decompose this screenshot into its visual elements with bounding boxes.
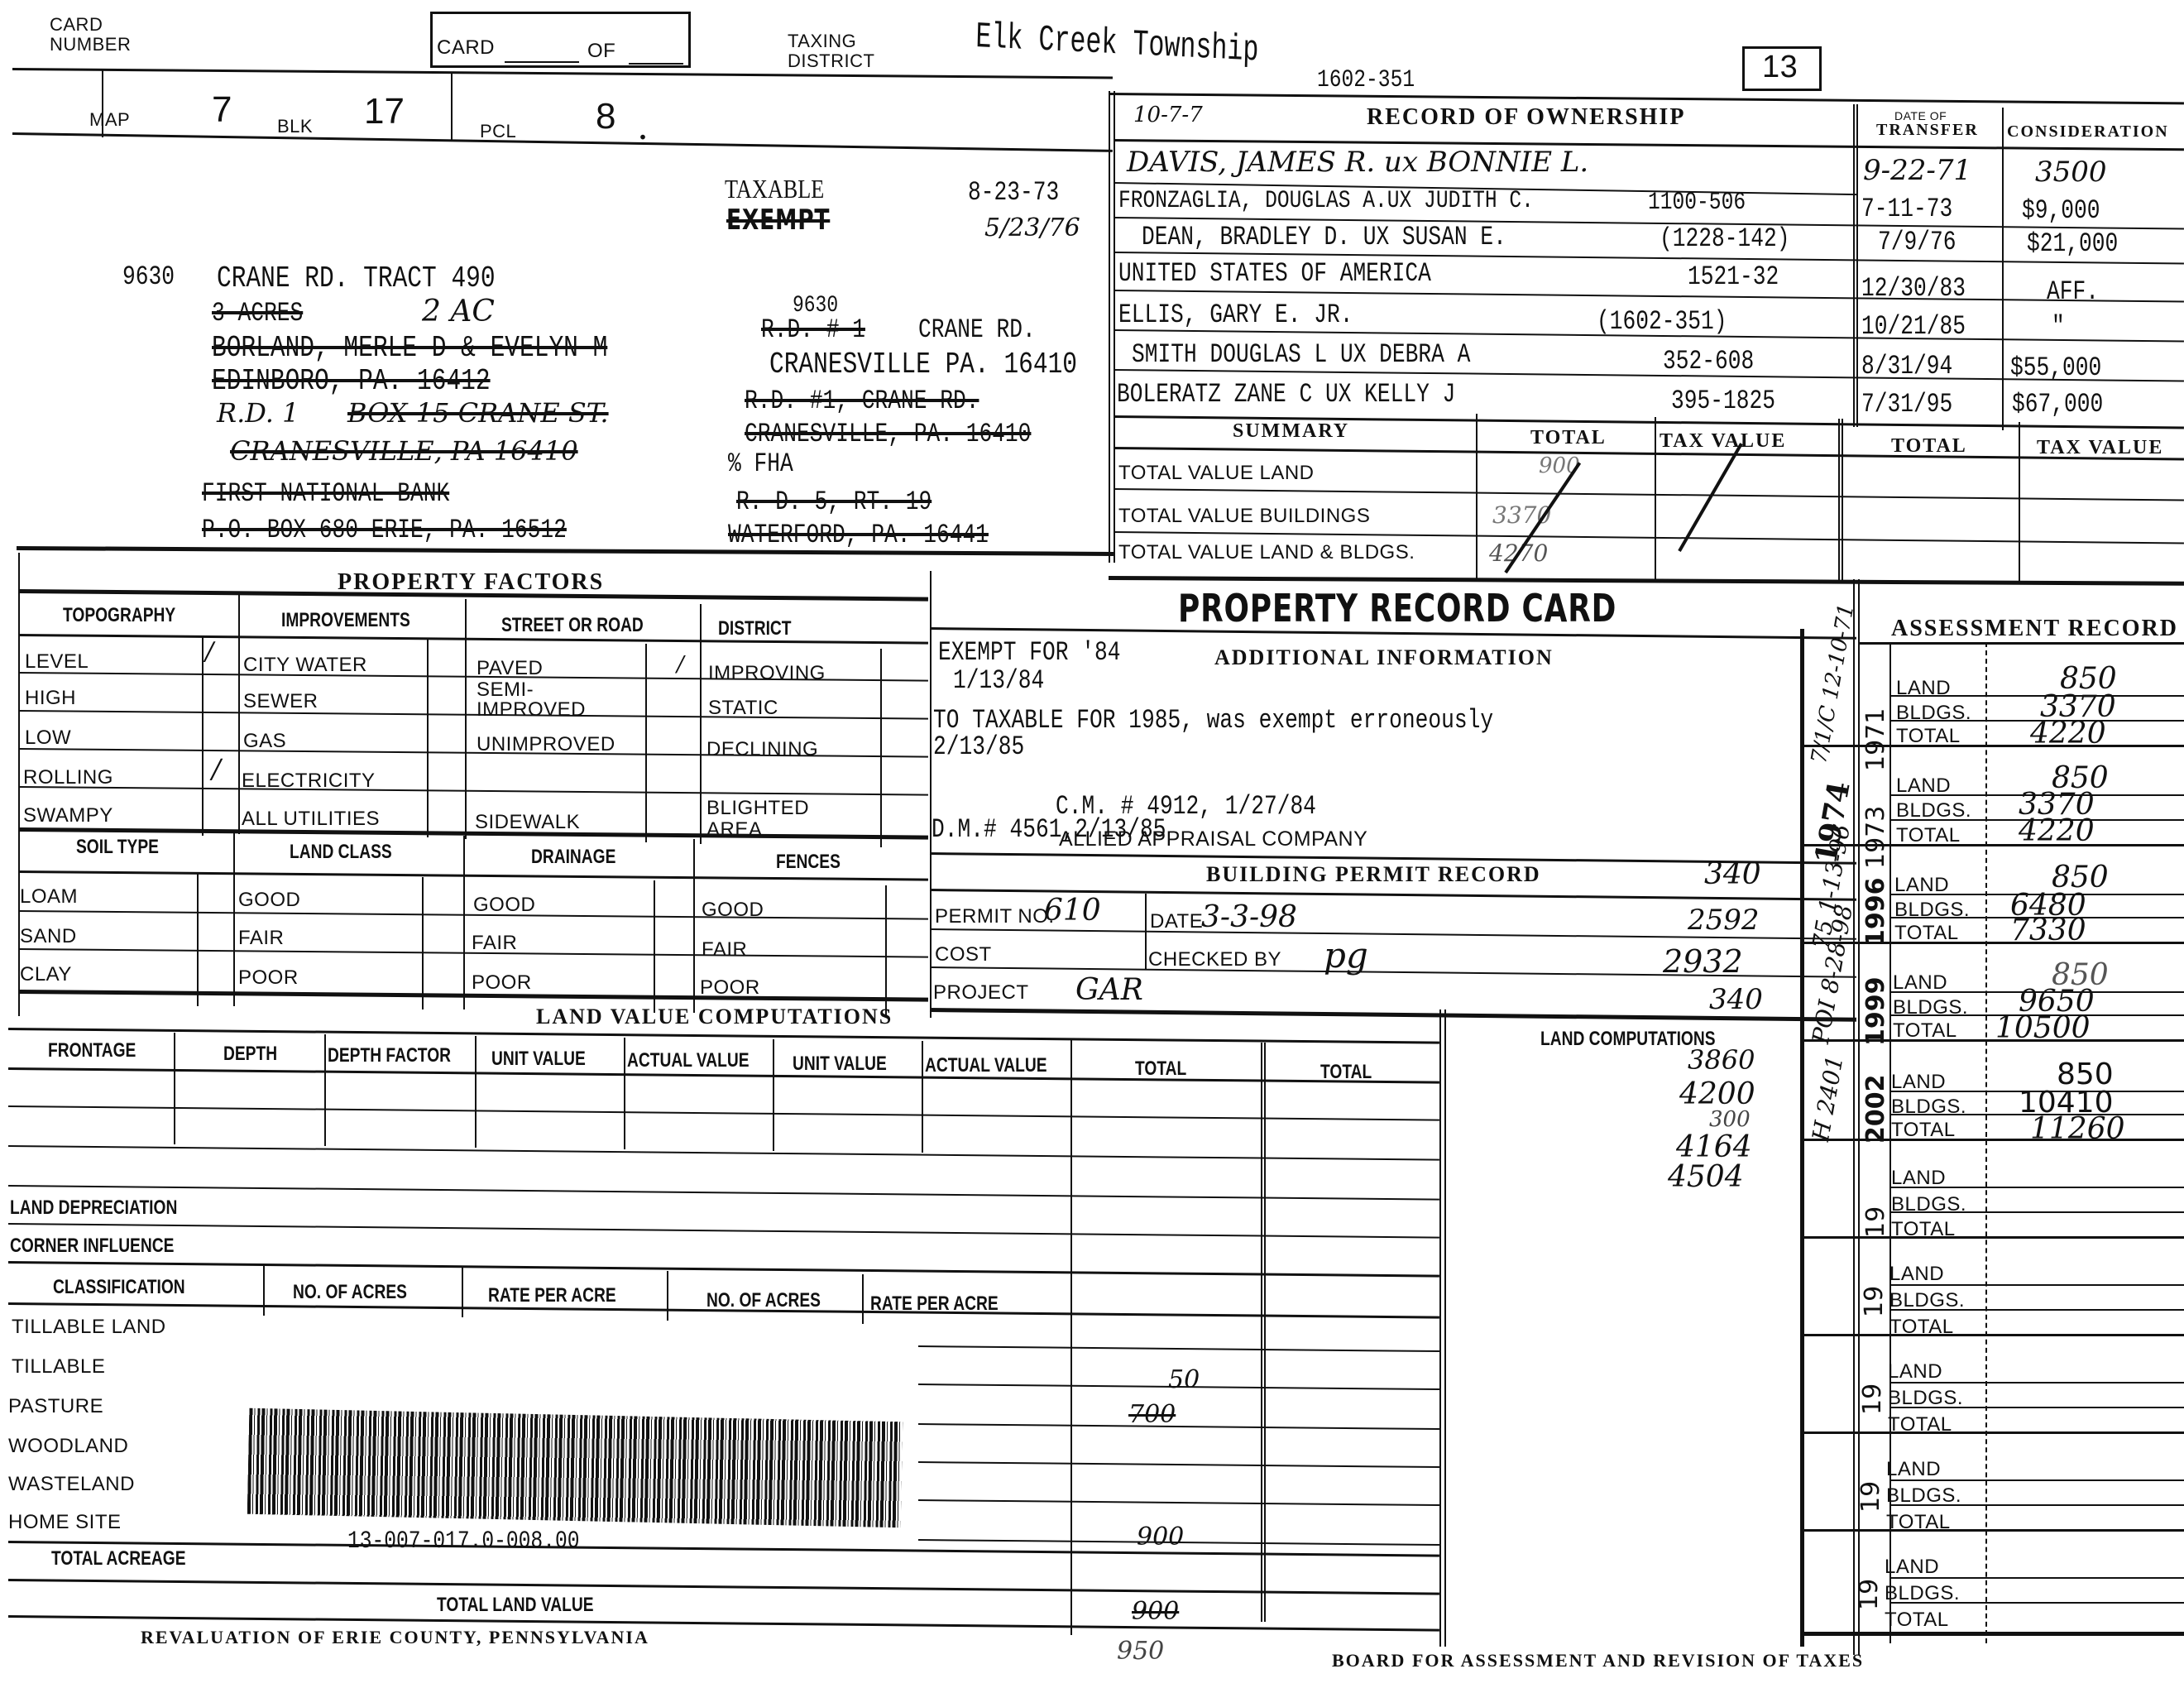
blk-label: BLK [277, 116, 313, 137]
deed-reference: 1602-351 [1317, 66, 1415, 94]
assessment-year: 1973 [1861, 806, 1890, 869]
box-number-value: 13 [1762, 50, 1798, 85]
district-improving: IMPROVING [708, 662, 826, 685]
assessment-note: 7/1/C 12-10-71 [1807, 602, 1860, 765]
mail-rd-struck: R.D. # 1 [761, 314, 865, 345]
checked-by-label: CHECKED BY [1148, 948, 1281, 971]
col-total-1: TOTAL [1135, 1057, 1186, 1081]
margin-number: 340 [1704, 857, 1761, 891]
assessment-year: 19 [1861, 1206, 1890, 1238]
taxing-district-value: Elk Creek Township [975, 17, 1259, 72]
land-computation-value: 3860 [1688, 1044, 1755, 1076]
land-computation-value: 4164 [1676, 1130, 1752, 1164]
consideration: $9,000 [2022, 195, 2100, 226]
improvement-all-utilities: ALL UTILITIES [242, 808, 380, 831]
class-row-pasture: PASTURE [8, 1395, 103, 1418]
pcl-value: 8 [596, 96, 615, 137]
consideration: $67,000 [2012, 389, 2103, 420]
mail-line-1: CRANE RD. [918, 314, 1036, 345]
deed-ref: 1100-506 [1648, 189, 1746, 217]
handwritten-date: 5/23/76 [984, 213, 1080, 242]
assessment-year: 19 [1860, 1286, 1889, 1317]
mail-struck-6: WATERFORD, PA. 16441 [728, 520, 989, 550]
mail-line-2: CRANESVILLE PA. 16410 [769, 348, 1077, 381]
improvement-sewer: SEWER [243, 690, 318, 713]
col-actual-value-2: ACTUAL VALUE [925, 1054, 1047, 1077]
card-number-label: CARD NUMBER [50, 15, 131, 55]
deed-ref: (1228-142) [1660, 223, 1789, 254]
taxing-district-label: TAXING DISTRICT [788, 31, 874, 71]
blk-value: 17 [364, 91, 405, 132]
assessment-year: 19 [1855, 1579, 1884, 1610]
col-unit-value-2: UNIT VALUE [793, 1053, 887, 1076]
margin-number: 2932 [1663, 943, 1743, 980]
drainage-good: GOOD [473, 894, 535, 917]
hand-address-struck-2: CRANESVILLE, PA 16410 [230, 435, 578, 467]
consideration: " [2052, 311, 2065, 342]
land-computation-value: 4504 [1668, 1160, 1744, 1194]
map-label: MAP [89, 109, 130, 131]
owner-name: SMITH DOUGLAS L UX DEBRA A [1132, 339, 1470, 370]
district-declining: DECLINING [706, 738, 818, 761]
land-value-title: LAND VALUE COMPUTATIONS [536, 1005, 893, 1029]
owner-name: DAVIS, JAMES R. ux BONNIE L. [1127, 146, 1588, 179]
check-rolling: / [212, 753, 221, 784]
deed-ref: (1602-351) [1597, 306, 1727, 337]
top-note: 10-7-7 [1133, 103, 1203, 127]
topography-low: LOW [25, 727, 71, 750]
col-depth-factor: DEPTH FACTOR [328, 1044, 451, 1067]
address-number: 9630 [122, 261, 175, 292]
soil-type-header: SOIL TYPE [76, 836, 159, 859]
appraisal-company: ALLIED APPRAISAL COMPANY [1059, 827, 1367, 851]
margin-number: 340 [1709, 983, 1763, 1016]
land-total-value: 900 [1132, 1597, 1179, 1626]
soil-clay: CLAY [20, 963, 72, 986]
class-row-woodland: WOODLAND [8, 1435, 128, 1458]
row-label-land: LAND [1889, 1263, 1944, 1286]
assessment-year: 1996 [1861, 878, 1890, 947]
note-exempt-84: EXEMPT FOR '84 [938, 637, 1120, 668]
consideration: $21,000 [2027, 228, 2118, 259]
note-date-1: 1/13/84 [953, 665, 1044, 696]
col-actual-value-1: ACTUAL VALUE [627, 1049, 750, 1072]
row-label-land: LAND [1885, 1556, 1939, 1579]
owner-name: ELLIS, GARY E. JR. [1118, 300, 1353, 330]
mail-struck-4: CRANESVILLE, PA. 16410 [745, 419, 1031, 449]
class-row-home-site: HOME SITE [8, 1511, 122, 1534]
class-row-tillable: TILLABLE [12, 1355, 105, 1379]
transfer-date: 7-11-73 [1861, 194, 1952, 224]
ownership-title: RECORD OF OWNERSHIP [1367, 104, 1685, 131]
summary-tax-value-header: TAX VALUE [1660, 430, 1786, 453]
land-class-header: LAND CLASS [290, 841, 392, 864]
summary-label: TOTAL VALUE LAND & BLDGS. [1118, 541, 1415, 564]
assessment-year: 19 [1856, 1481, 1885, 1513]
assessment-note: H 2401 [1807, 1053, 1849, 1144]
assessment-year: 19 [1858, 1383, 1887, 1415]
check-level: / [205, 637, 213, 666]
building-permit-title: BUILDING PERMIT RECORD [1206, 862, 1541, 887]
total-land-value-label: TOTAL LAND VALUE [437, 1594, 594, 1617]
land-total-value: 950 [1117, 1637, 1164, 1666]
drainage-poor: POOR [472, 971, 532, 995]
bank-struck-1: FIRST NATIONAL BANK [202, 478, 449, 509]
owner-name: FRONZAGLIA, DOUGLAS A.UX JUDITH C. [1118, 187, 1534, 215]
summary-total-header: TOTAL [1530, 427, 1607, 449]
date-header: TRANSFER [1876, 121, 1979, 140]
note-date-2: 2/13/85 [933, 731, 1024, 762]
mail-struck-3: R.D. #1, CRANE RD. [745, 386, 979, 416]
of-label: OF [587, 40, 615, 63]
col-no-of-acres-1: NO. OF ACRES [293, 1281, 407, 1304]
improvements-header: IMPROVEMENTS [281, 609, 410, 632]
previous-owner-2: EDINBORO, PA. 16412 [212, 364, 491, 398]
date-label: DATE [1150, 910, 1203, 933]
project-label: PROJECT [933, 981, 1029, 1005]
land-total-value: 700 [1128, 1400, 1176, 1429]
topography-level: LEVEL [25, 650, 89, 674]
taxable-date: 8-23-73 [968, 177, 1059, 208]
assessment-year: 2002 [1861, 1075, 1890, 1144]
summary-label: TOTAL VALUE BUILDINGS [1118, 505, 1370, 528]
map-value: 7 [212, 89, 232, 131]
transfer-date: 7/31/95 [1861, 389, 1952, 420]
land-class-good: GOOD [238, 889, 300, 912]
summary-total-header-2: TOTAL [1891, 435, 1967, 458]
owner-name: BOLERATZ ZANE C UX KELLY J [1117, 379, 1455, 410]
parcel-id-label: 13-007-017.0-008.00 [347, 1527, 579, 1556]
fha-note: % FHA [728, 448, 793, 479]
land-class-poor: POOR [238, 966, 299, 990]
deed-ref: 1521-32 [1688, 261, 1779, 292]
summary-label: TOTAL VALUE LAND [1118, 462, 1315, 485]
previous-owner-1: BORLAND, MERLE D & EVELYN M [212, 331, 607, 365]
taxable-label: TAXABLE [725, 174, 824, 204]
col-depth: DEPTH [223, 1043, 277, 1066]
owner-name: DEAN, BRADLEY D. UX SUSAN E. [1142, 222, 1506, 252]
acres-struck: 3 ACRES [212, 298, 303, 328]
margin-number: 2592 [1688, 904, 1760, 937]
card-label: CARD [437, 36, 495, 60]
land-total-value: 50 [1168, 1365, 1200, 1394]
street-sidewalk: SIDEWALK [475, 811, 580, 834]
footer-right: BOARD FOR ASSESSMENT AND REVISION OF TAX… [1332, 1650, 1864, 1671]
assessment-year: 1971 [1861, 708, 1890, 771]
fences-fair: FAIR [702, 938, 747, 961]
summary-title: SUMMARY [1233, 420, 1349, 443]
land-computation-value: 300 [1709, 1107, 1751, 1132]
fences-good: GOOD [702, 899, 764, 922]
checked-by-value: pg [1324, 935, 1368, 976]
street-header: STREET OR ROAD [501, 614, 644, 637]
check-paved: / [677, 652, 684, 677]
col-unit-value-1: UNIT VALUE [491, 1048, 586, 1071]
col-classification: CLASSIFICATION [53, 1276, 185, 1299]
consideration-header: CONSIDERATION [2007, 122, 2169, 141]
consideration: 3500 [2035, 156, 2107, 189]
drainage-header: DRAINAGE [531, 846, 615, 869]
permit-no-label: PERMIT NO. [935, 905, 1055, 928]
class-row-wasteland: WASTELAND [8, 1473, 135, 1496]
consideration: AFF. [2047, 276, 2099, 307]
permit-date-value: 3-3-98 [1201, 900, 1297, 934]
transfer-date: 9-22-71 [1863, 154, 1971, 187]
topography-swampy: SWAMPY [23, 804, 113, 827]
transfer-date: 7/9/76 [1878, 227, 1956, 257]
fences-header: FENCES [776, 851, 841, 874]
land-depreciation-label: LAND DEPRECIATION [10, 1196, 177, 1220]
additional-info-label: ADDITIONAL INFORMATION [1214, 645, 1554, 670]
land-class-fair: FAIR [238, 927, 284, 950]
topography-high: HIGH [25, 687, 76, 710]
row-label-total: TOTAL [1885, 1609, 1949, 1632]
drainage-fair: FAIR [472, 932, 517, 955]
mail-struck-5: R. D. 5, RT. 19 [736, 487, 932, 517]
class-row-tillable-land: TILLABLE LAND [12, 1316, 166, 1339]
soil-sand: SAND [20, 925, 77, 948]
project-value: GAR [1075, 973, 1143, 1007]
land-computation-value: 4200 [1679, 1077, 1755, 1111]
col-rate-per-acre-1: RATE PER ACRE [488, 1284, 616, 1307]
assessment-title: ASSESSMENT RECORD [1891, 616, 2178, 642]
acres-new: 2 AC [422, 295, 495, 328]
hand-address-struck-1: BOX 15 CRANE ST. [347, 397, 609, 429]
footer-left: REVALUATION OF ERIE COUNTY, PENNSYLVANIA [141, 1627, 649, 1648]
address-line: CRANE RD. TRACT 490 [217, 261, 496, 295]
total-acreage-label: TOTAL ACREAGE [51, 1547, 186, 1571]
permit-no-value: 610 [1044, 894, 1101, 928]
land-total-value: 900 [1137, 1523, 1184, 1551]
assessment-year: 1999 [1861, 977, 1890, 1047]
cost-label: COST [935, 943, 992, 966]
barcode [247, 1408, 903, 1528]
bank-struck-2: P.O. BOX 680 ERIE, PA. 16512 [202, 515, 567, 545]
row-label-land: LAND [1886, 1458, 1941, 1481]
deed-ref: 352-608 [1663, 346, 1754, 376]
hand-address-kept: R.D. 1 [217, 397, 299, 429]
col-frontage: FRONTAGE [48, 1039, 136, 1062]
soil-loam: LOAM [20, 885, 78, 909]
district-header: DISTRICT [718, 617, 792, 640]
record-card-title: PROPERTY RECORD CARD [1178, 586, 1616, 631]
owner-name: UNITED STATES OF AMERICA [1118, 258, 1431, 289]
row-label-land: LAND [1888, 1360, 1942, 1383]
topography-header: TOPOGRAPHY [63, 604, 175, 627]
corner-influence-label: CORNER INFLUENCE [10, 1235, 174, 1258]
deed-ref: 395-1825 [1671, 386, 1775, 416]
exempt-label: EXEMPT [726, 204, 830, 237]
